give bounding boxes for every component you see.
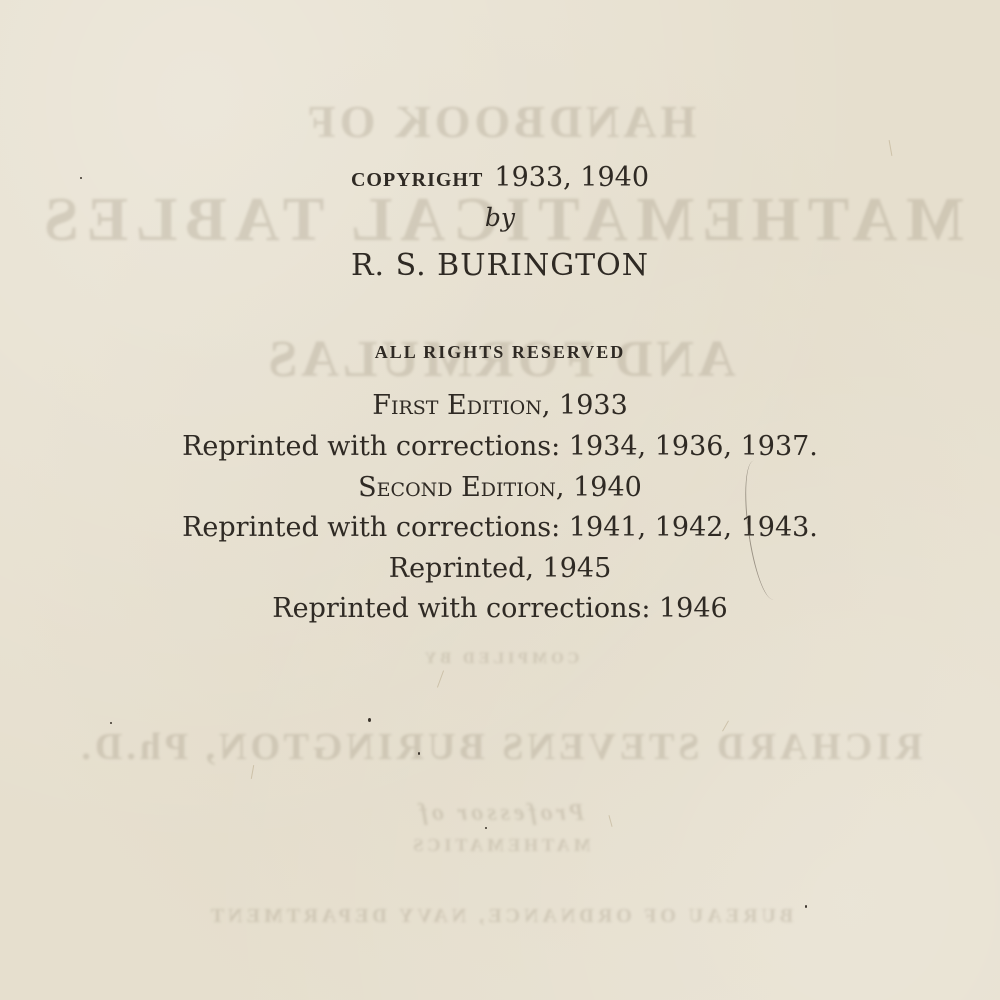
- paper-speck: [368, 718, 371, 722]
- second-edition: Second Edition, 1940: [0, 472, 1000, 503]
- show-through-dept: MATHEMATICS: [0, 835, 1000, 856]
- reprint-line-3: Reprinted, 1945: [0, 553, 1000, 584]
- author-name: R. S. BURINGTON: [0, 248, 1000, 283]
- paper-fiber: [437, 670, 444, 687]
- paper-speck: [80, 177, 82, 179]
- copyright-line: COPYRIGHT 1933, 1940: [0, 162, 1000, 193]
- reprint-line-2: Reprinted with corrections: 1941, 1942, …: [0, 512, 1000, 543]
- show-through-prof: Professor of: [0, 800, 1000, 827]
- rights-reserved: ALL RIGHTS RESERVED: [0, 342, 1000, 363]
- paper-speck: [110, 722, 112, 724]
- reprint-line-1: Reprinted with corrections: 1934, 1936, …: [0, 431, 1000, 462]
- copyright-page: HANDBOOK OF MATHEMATICAL TABLES AND FORM…: [0, 0, 1000, 1000]
- paper-speck: [418, 752, 420, 755]
- show-through-bureau: BUREAU OF ORDNANCE, NAVY DEPARTMENT: [0, 905, 1000, 928]
- first-edition: First Edition, 1933: [0, 390, 1000, 421]
- paper-speck: [485, 827, 487, 829]
- show-through-author: RICHARD STEVENS BURINGTON, Ph.D.: [0, 725, 1000, 769]
- paper-speck: [805, 905, 807, 908]
- copyright-label: COPYRIGHT: [351, 169, 483, 191]
- by-line: by: [0, 203, 1000, 232]
- copyright-years: 1933, 1940: [494, 162, 649, 193]
- show-through-compiled: COMPILED BY: [0, 650, 1000, 668]
- reprint-line-4: Reprinted with corrections: 1946: [0, 593, 1000, 624]
- show-through-title-1: HANDBOOK OF: [0, 95, 1000, 148]
